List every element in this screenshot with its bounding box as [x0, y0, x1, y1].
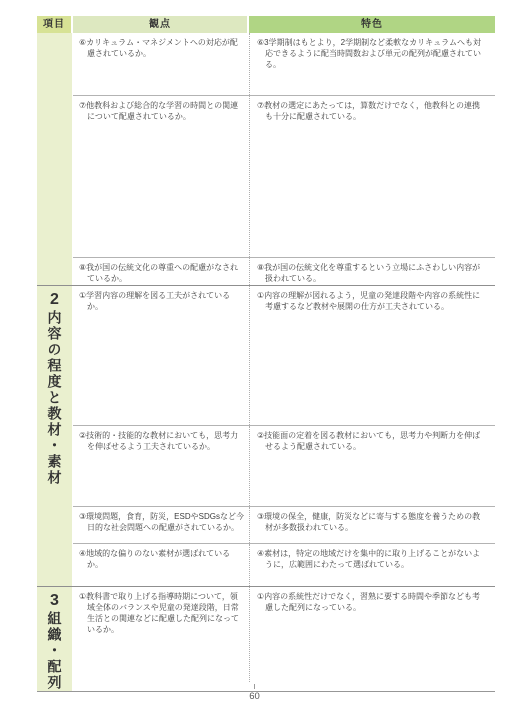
- feature-cell: ⑦教材の選定にあたっては，算数だけでなく，他教科との連携も十分に配慮されている。: [249, 96, 495, 257]
- feature-cell: ①内容の理解が図れるよう，児童の発達段階や内容の系統性に考慮するなど教材や展開の…: [249, 286, 495, 425]
- section-label: 内容の程度と教材・素材: [46, 310, 62, 486]
- viewpoint-cell: ⑥カリキュラム・マネジメントへの対応が配慮されているか。: [73, 33, 249, 95]
- feature-cell: ⑥3学期制はもとより，2学期制など柔軟なカリキュラムへも対応できるように配当時間…: [249, 33, 495, 95]
- viewpoint-cell: ⑧我が国の伝統文化の尊重への配慮がなされているか。: [73, 258, 249, 285]
- feature-cell: ④素材は，特定の地域だけを集中的に取り上げることがないように，広範囲にわたって選…: [249, 544, 495, 586]
- feature-cell: ①内容の系統性だけでなく，習熟に要する時間や季節なども考慮した配列になっている。: [249, 587, 495, 682]
- feature-cell: ③環境の保全，健康，防災などに寄与する態度を養うための教材が多数扱われている。: [249, 507, 495, 543]
- header-item: 項目: [37, 16, 71, 33]
- table-row: ④地域的な偏りのない素材が選ばれているか。 ④素材は，特定の地域だけを集中的に取…: [73, 543, 495, 586]
- section-2-rows: ①学習内容の理解を図る工夫がされているか。 ①内容の理解が図れるよう，児童の発達…: [73, 286, 495, 586]
- section-3: 3 組織・配列 ①教科書で取り上げる指導時期について，領域全体のバランスや児童の…: [37, 586, 495, 691]
- table-row: ⑦他教科および総合的な学習の時間との関連について配慮されているか。 ⑦教材の選定…: [73, 95, 495, 257]
- table-row: ⑧我が国の伝統文化の尊重への配慮がなされているか。 ⑧我が国の伝統文化を尊重する…: [73, 257, 495, 285]
- section-1: ⑥カリキュラム・マネジメントへの対応が配慮されているか。 ⑥3学期制はもとより，…: [37, 33, 495, 285]
- section-label: 組織・配列: [46, 611, 62, 691]
- header-viewpoint: 観点: [73, 16, 247, 33]
- trim-mark: [254, 684, 255, 689]
- viewpoint-cell: ①教科書で取り上げる指導時期について，領域全体のバランスや児童の発達段階，日常生…: [73, 587, 249, 682]
- section-2-item-cell: 2 内容の程度と教材・素材: [37, 286, 72, 586]
- table-header-row: 項目 観点 特色: [37, 16, 495, 33]
- feature-cell: ⑧我が国の伝統文化を尊重するという立場にふさわしい内容が扱われている。: [249, 258, 495, 285]
- table-row: ②技術的・技能的な教材においても，思考力を伸ばせるよう工夫されているか。 ②技能…: [73, 425, 495, 506]
- header-feature: 特色: [249, 16, 495, 33]
- table-row: ①教科書で取り上げる指導時期について，領域全体のバランスや児童の発達段階，日常生…: [73, 587, 495, 682]
- section-1-rows: ⑥カリキュラム・マネジメントへの対応が配慮されているか。 ⑥3学期制はもとより，…: [73, 33, 495, 285]
- table-row: ⑥カリキュラム・マネジメントへの対応が配慮されているか。 ⑥3学期制はもとより，…: [73, 33, 495, 95]
- section-number: 3: [50, 592, 59, 610]
- table-row: ①学習内容の理解を図る工夫がされているか。 ①内容の理解が図れるよう，児童の発達…: [73, 286, 495, 425]
- page-number: 60: [0, 691, 509, 702]
- viewpoint-cell: ①学習内容の理解を図る工夫がされているか。: [73, 286, 249, 425]
- evaluation-table: 項目 観点 特色 ⑥カリキュラム・マネジメントへの対応が配慮されているか。 ⑥3…: [37, 16, 495, 692]
- viewpoint-cell: ③環境問題，食育，防災，ESDやSDGsなど今日的な社会問題への配慮がされている…: [73, 507, 249, 543]
- section-3-item-cell: 3 組織・配列: [37, 587, 72, 691]
- viewpoint-cell: ②技術的・技能的な教材においても，思考力を伸ばせるよう工夫されているか。: [73, 426, 249, 506]
- section-3-rows: ①教科書で取り上げる指導時期について，領域全体のバランスや児童の発達段階，日常生…: [73, 587, 495, 691]
- viewpoint-cell: ⑦他教科および総合的な学習の時間との関連について配慮されているか。: [73, 96, 249, 257]
- section-2: 2 内容の程度と教材・素材 ①学習内容の理解を図る工夫がされているか。 ①内容の…: [37, 285, 495, 586]
- table-row: ③環境問題，食育，防災，ESDやSDGsなど今日的な社会問題への配慮がされている…: [73, 506, 495, 543]
- section-number: 2: [50, 291, 59, 309]
- section-1-item-cell: [37, 33, 72, 285]
- feature-cell: ②技能面の定着を図る教材においても，思考力や判断力を伸ばせるよう配慮されている。: [249, 426, 495, 506]
- viewpoint-cell: ④地域的な偏りのない素材が選ばれているか。: [73, 544, 249, 586]
